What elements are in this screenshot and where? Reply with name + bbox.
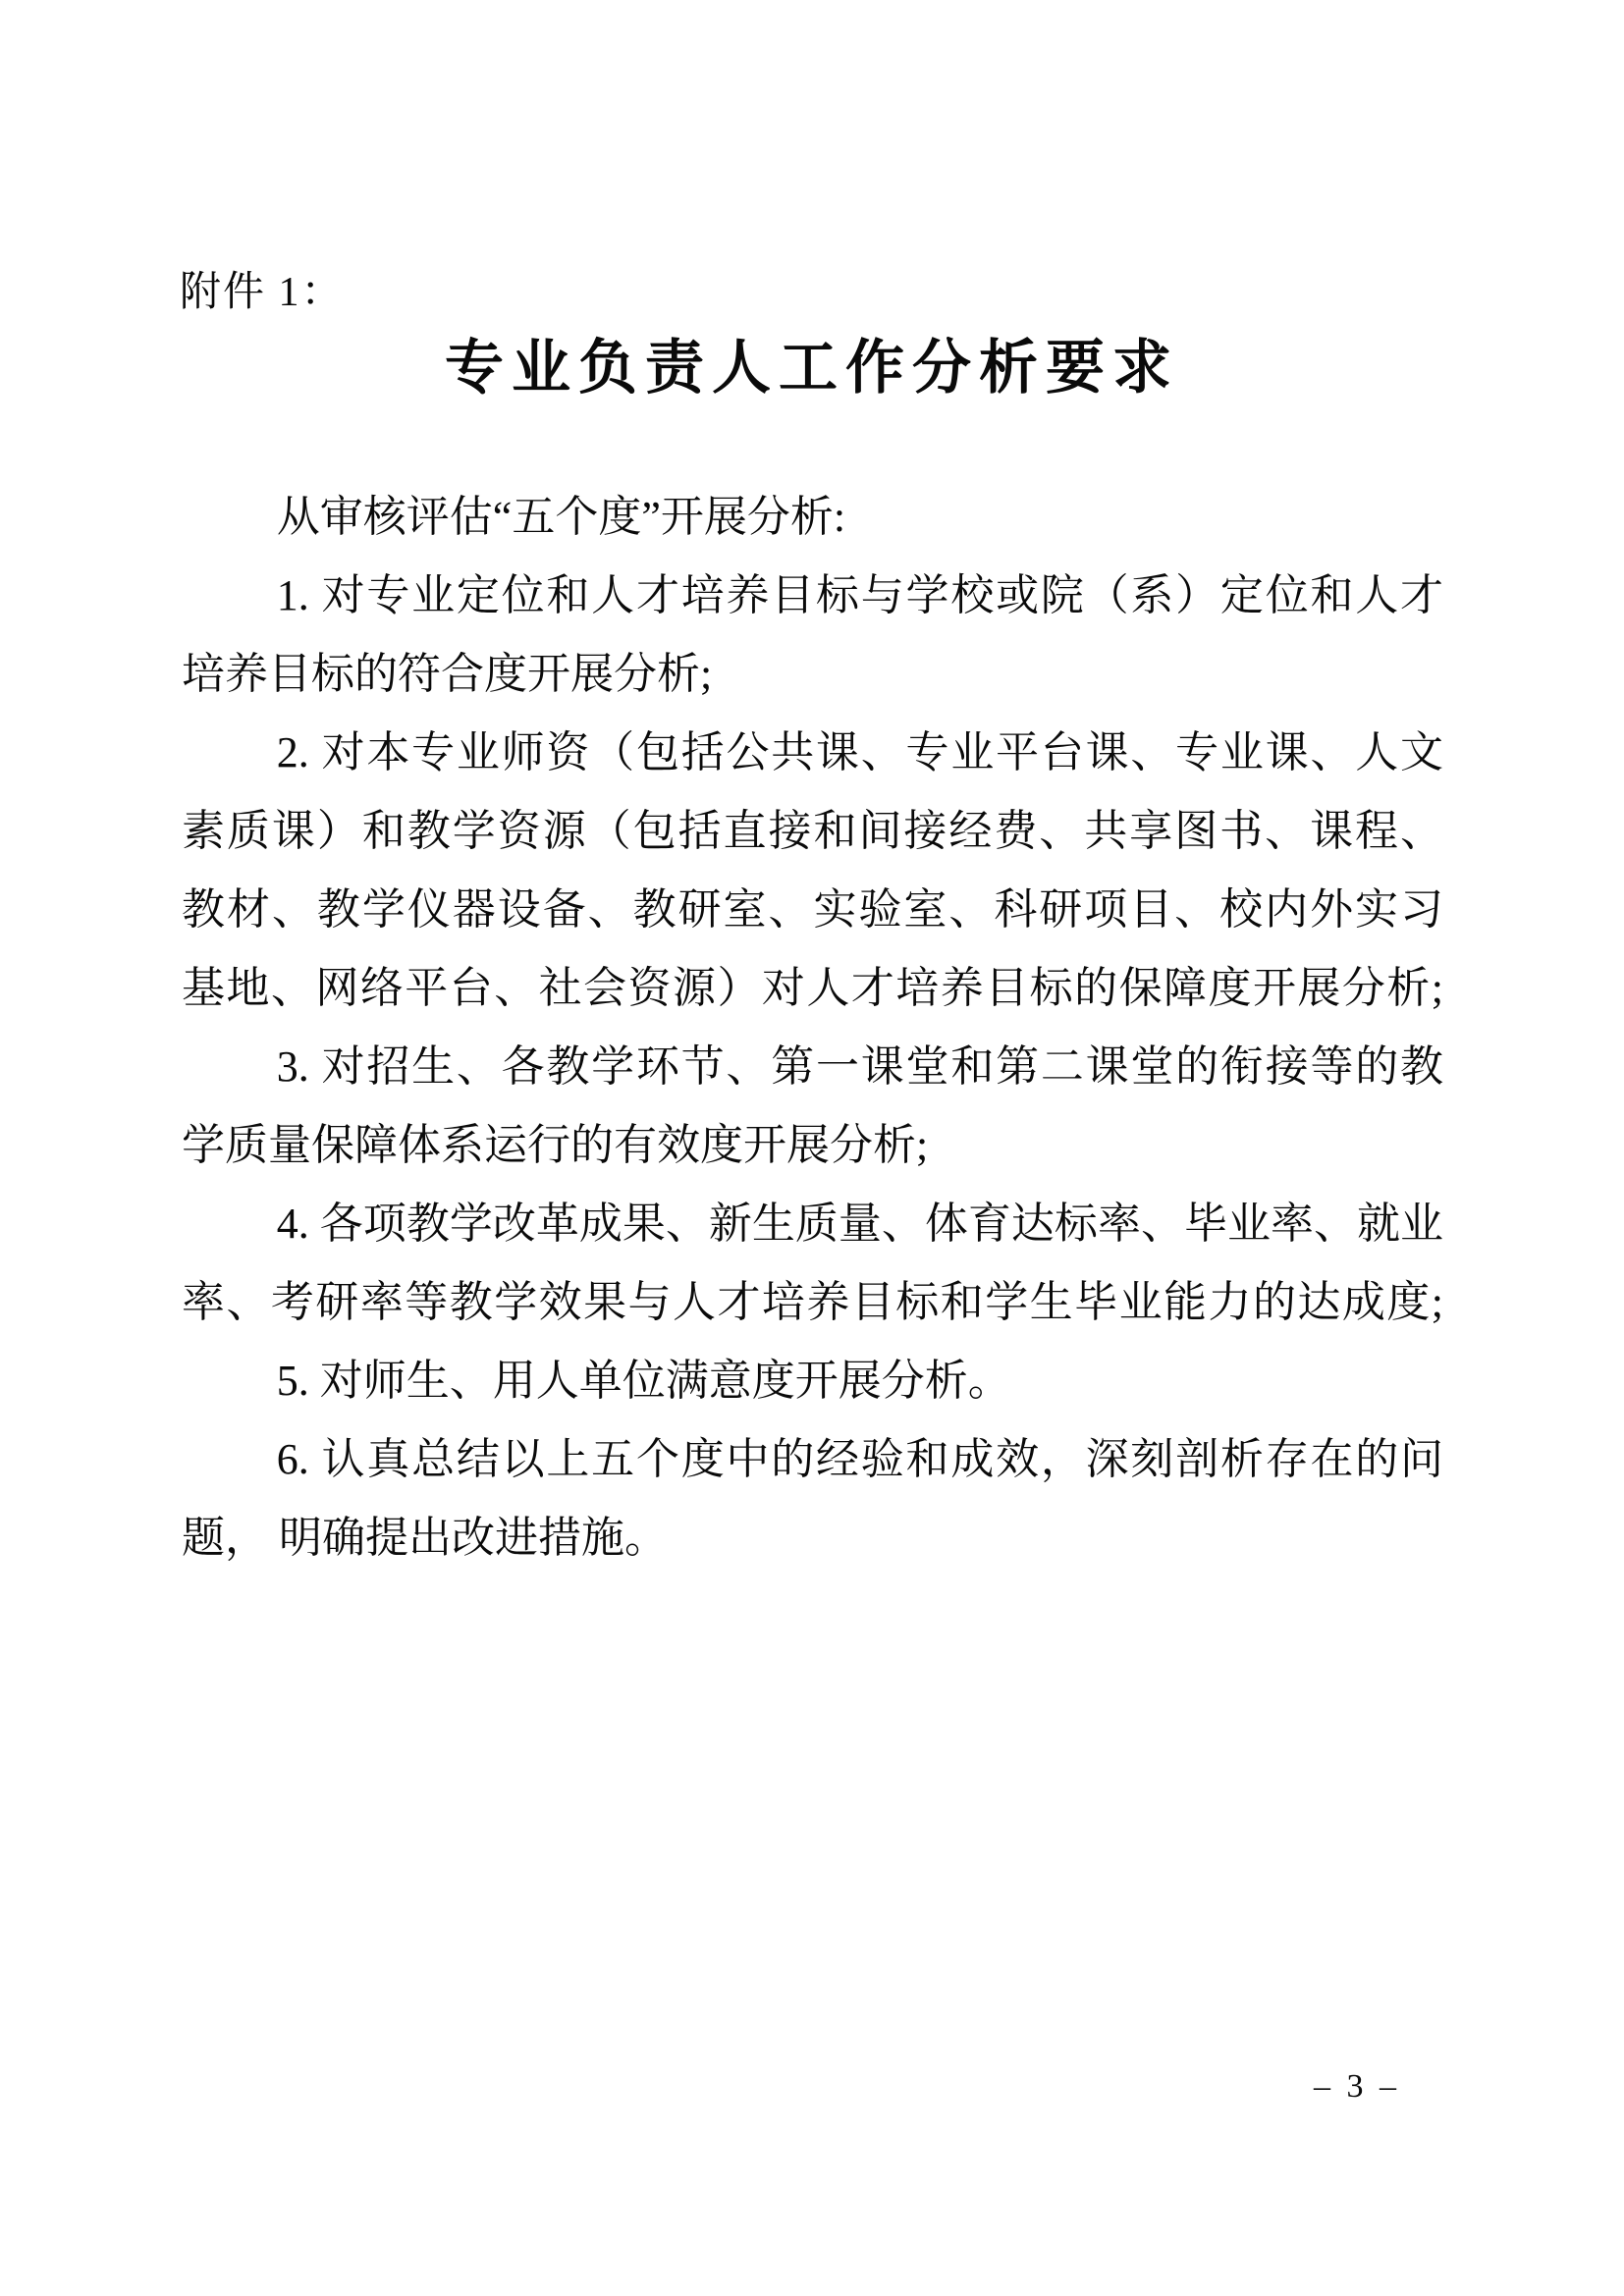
body-line: 题， 明确提出改进措施。 bbox=[182, 1499, 1443, 1577]
page-title: 专业负责人工作分析要求 bbox=[0, 332, 1624, 404]
body-line: 3. 对招生、各教学环节、第一课堂和第二课堂的衔接等的教 bbox=[182, 1028, 1443, 1106]
body-line: 素质课）和教学资源（包括直接和间接经费、共享图书、课程、 bbox=[182, 792, 1443, 871]
document-page: 附件 1： 专业负责人工作分析要求 从审核评估“五个度”开展分析: 1. 对专业… bbox=[0, 0, 1624, 2296]
attachment-label: 附件 1： bbox=[180, 267, 345, 318]
body-line: 4. 各项教学改革成果、新生质量、体育达标率、毕业率、就业 bbox=[182, 1185, 1443, 1263]
body-line: 6. 认真总结以上五个度中的经验和成效，深刻剖析存在的问 bbox=[182, 1420, 1443, 1499]
body-line: 培养目标的符合度开展分析; bbox=[182, 635, 1443, 714]
page-number: – 3 – bbox=[1298, 2067, 1416, 2107]
body-line: 基地、网络平台、社会资源）对人才培养目标的保障度开展分析; bbox=[182, 949, 1443, 1028]
body-line: 学质量保障体系运行的有效度开展分析; bbox=[182, 1106, 1443, 1185]
body-text: 从审核评估“五个度”开展分析: 1. 对专业定位和人才培养目标与学校或院（系）定… bbox=[182, 478, 1443, 1577]
body-line: 从审核评估“五个度”开展分析: bbox=[182, 478, 1443, 557]
body-line: 教材、教学仪器设备、教研室、实验室、科研项目、校内外实习 bbox=[182, 871, 1443, 949]
body-line: 2. 对本专业师资（包括公共课、专业平台课、专业课、人文 bbox=[182, 714, 1443, 792]
body-line: 率、考研率等教学效果与人才培养目标和学生毕业能力的达成度; bbox=[182, 1263, 1443, 1342]
body-line: 5. 对师生、用人单位满意度开展分析。 bbox=[182, 1342, 1443, 1420]
body-line: 1. 对专业定位和人才培养目标与学校或院（系）定位和人才 bbox=[182, 557, 1443, 635]
